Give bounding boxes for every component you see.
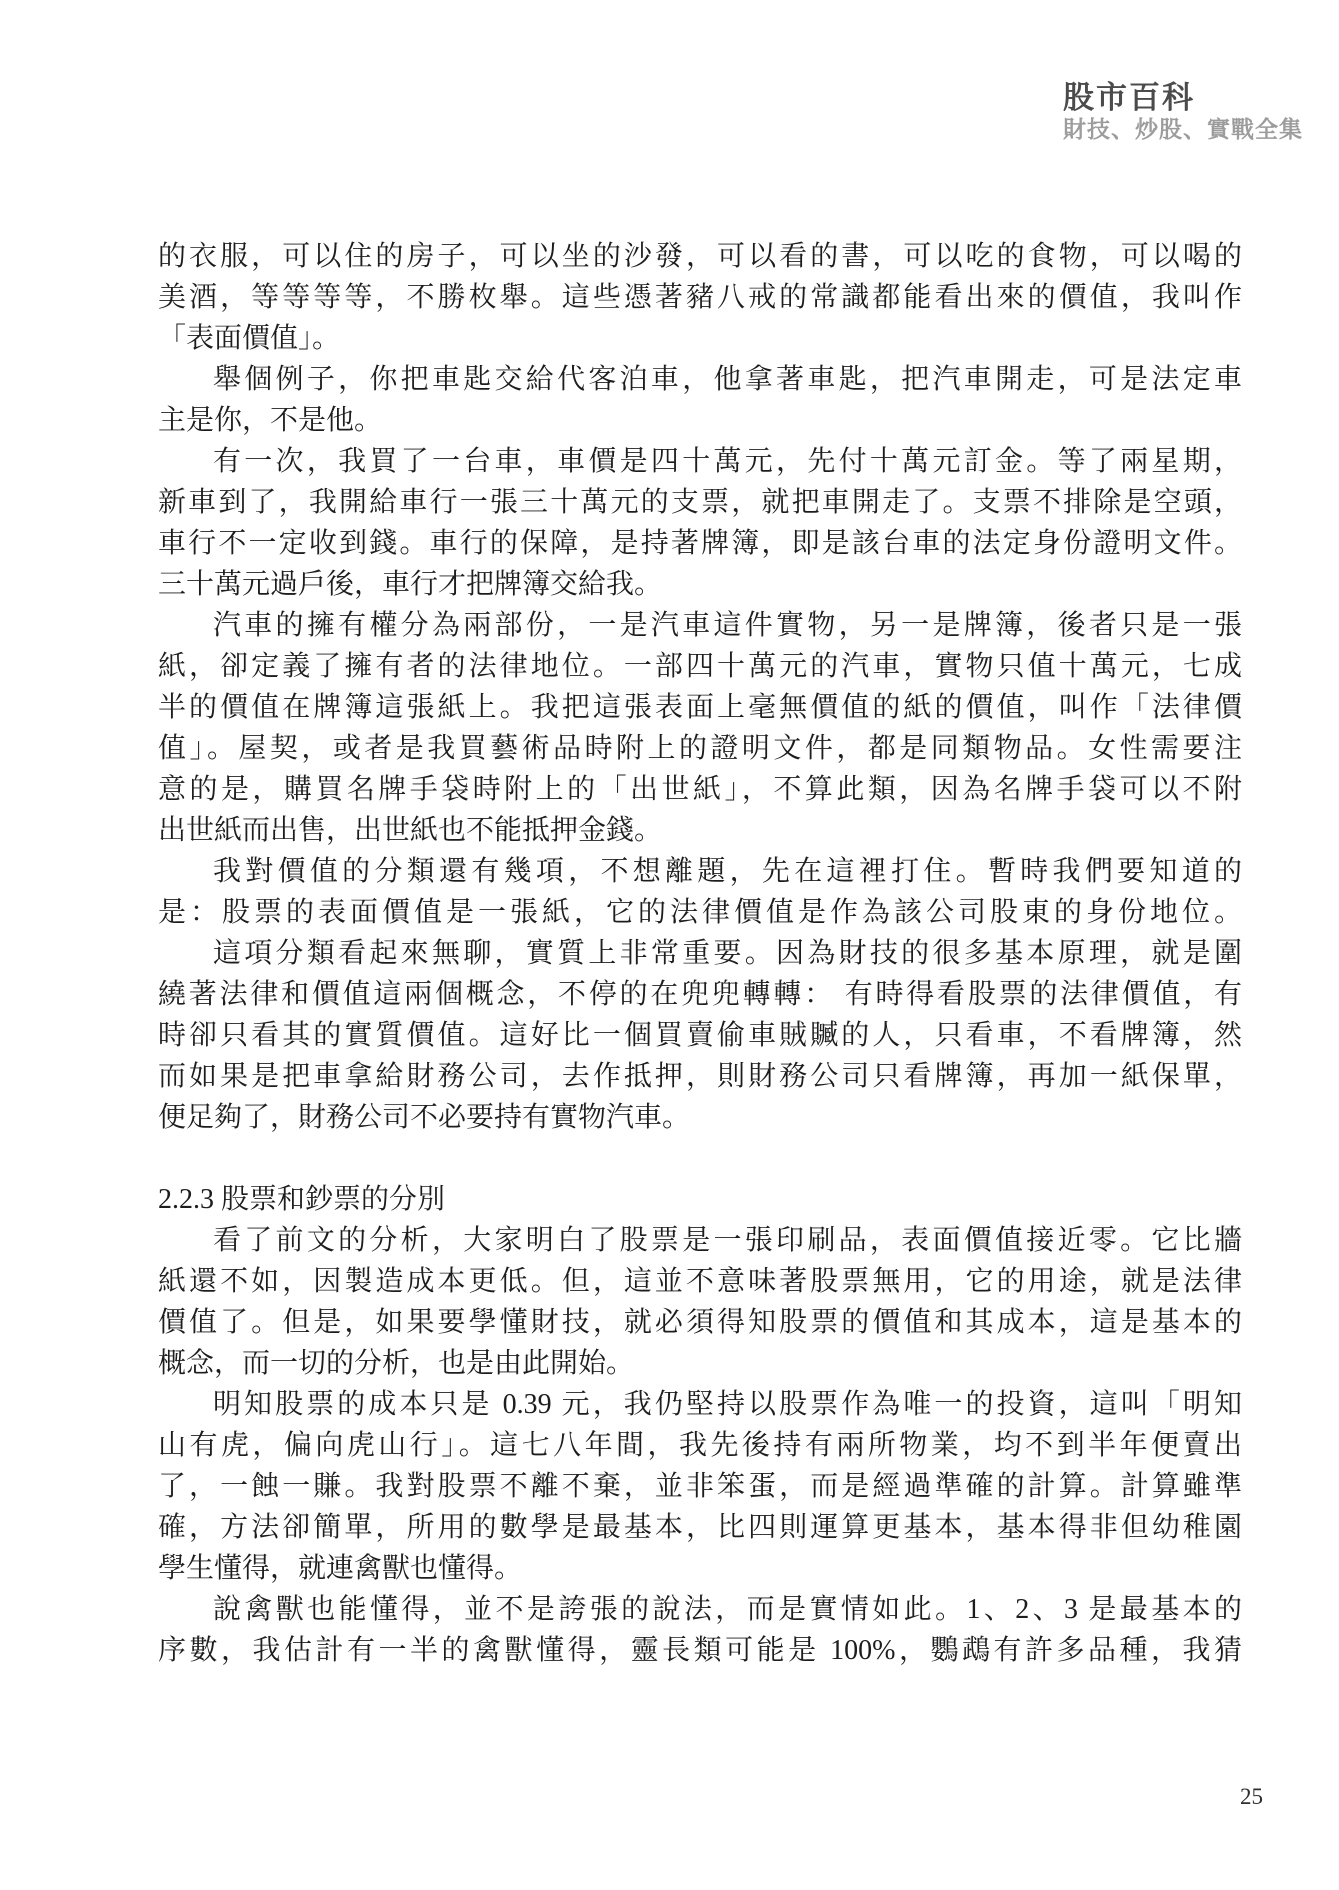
text-line: 概念，而一切的分析，也是由此開始。 <box>158 1343 1242 1384</box>
text-line: 學生懂得，就連禽獸也懂得。 <box>158 1548 1242 1589</box>
text-line: 而如果是把車拿給財務公司，去作抵押，則財務公司只看牌簿，再加一紙保單， <box>158 1056 1242 1097</box>
text-line: 這項分類看起來無聊，實質上非常重要。因為財技的很多基本原理，就是圍 <box>158 933 1242 974</box>
book-title: 股市百科 <box>1063 82 1303 113</box>
body-text: 的衣服，可以住的房子，可以坐的沙發，可以看的書，可以吃的食物，可以喝的美酒，等等… <box>158 236 1242 1671</box>
text-line: 主是你，不是他。 <box>158 400 1242 441</box>
text-line: 值」。屋契，或者是我買藝術品時附上的證明文件，都是同類物品。女性需要注 <box>158 728 1242 769</box>
text-line: 三十萬元過戶後，車行才把牌簿交給我。 <box>158 564 1242 605</box>
text-line: 序數，我估計有一半的禽獸懂得，靈長類可能是 100%，鸚鵡有許多品種，我猜 <box>158 1630 1242 1671</box>
text-line: 半的價值在牌簿這張紙上。我把這張表面上毫無價值的紙的價值，叫作「法律價 <box>158 687 1242 728</box>
text-line: 「表面價值」。 <box>158 318 1242 359</box>
text-line: 確，方法卻簡單，所用的數學是最基本，比四則運算更基本，基本得非但幼稚園 <box>158 1507 1242 1548</box>
text-line: 了，一蝕一賺。我對股票不離不棄，並非笨蛋，而是經過準確的計算。計算雖準 <box>158 1466 1242 1507</box>
text-line: 價值了。但是，如果要學懂財技，就必須得知股票的價值和其成本，這是基本的 <box>158 1302 1242 1343</box>
text-line: 汽車的擁有權分為兩部份，一是汽車這件實物，另一是牌簿，後者只是一張 <box>158 605 1242 646</box>
text-line: 意的是，購買名牌手袋時附上的「出世紙」，不算此類，因為名牌手袋可以不附 <box>158 769 1242 810</box>
section-heading: 2.2.3 股票和鈔票的分別 <box>158 1179 1242 1220</box>
text-line: 車行不一定收到錢。車行的保障，是持著牌簿，即是該台車的法定身份證明文件。 <box>158 523 1242 564</box>
book-subtitle: 財技、炒股、實戰全集 <box>1063 118 1303 141</box>
text-line: 紙，卻定義了擁有者的法律地位。一部四十萬元的汽車，實物只值十萬元，七成 <box>158 646 1242 687</box>
text-line: 美酒，等等等等，不勝枚舉。這些憑著豬八戒的常識都能看出來的價值，我叫作 <box>158 277 1242 318</box>
text-line: 紙還不如，因製造成本更低。但，這並不意味著股票無用，它的用途，就是法律 <box>158 1261 1242 1302</box>
text-line: 看了前文的分析，大家明白了股票是一張印刷品，表面價值接近零。它比牆 <box>158 1220 1242 1261</box>
text-line: 便足夠了，財務公司不必要持有實物汽車。 <box>158 1097 1242 1138</box>
text-line: 說禽獸也能懂得，並不是誇張的說法，而是實情如此。1、2、3 是最基本的 <box>158 1589 1242 1630</box>
text-line: 時卻只看其的實質價值。這好比一個買賣偷車賊贓的人，只看車，不看牌簿，然 <box>158 1015 1242 1056</box>
text-line: 有一次，我買了一台車，車價是四十萬元，先付十萬元訂金。等了兩星期， <box>158 441 1242 482</box>
text-line: 是：股票的表面價值是一張紙，它的法律價值是作為該公司股東的身份地位。 <box>158 892 1242 933</box>
text-line: 新車到了，我開給車行一張三十萬元的支票，就把車開走了。支票不排除是空頭， <box>158 482 1242 523</box>
page-header: 股市百科 財技、炒股、實戰全集 <box>1063 82 1303 141</box>
text-line: 繞著法律和價值這兩個概念，不停的在兜兜轉轉： 有時得看股票的法律價值，有 <box>158 974 1242 1015</box>
book-page: 股市百科 財技、炒股、實戰全集 的衣服，可以住的房子，可以坐的沙發，可以看的書，… <box>0 0 1339 1890</box>
page-number: 25 <box>1240 1784 1263 1810</box>
text-line: 我對價值的分類還有幾項，不想離題，先在這裡打住。暫時我們要知道的 <box>158 851 1242 892</box>
text-line: 山有虎，偏向虎山行」。這七八年間，我先後持有兩所物業，均不到半年便賣出 <box>158 1425 1242 1466</box>
text-line: 的衣服，可以住的房子，可以坐的沙發，可以看的書，可以吃的食物，可以喝的 <box>158 236 1242 277</box>
text-line: 舉個例子，你把車匙交給代客泊車，他拿著車匙，把汽車開走，可是法定車 <box>158 359 1242 400</box>
text-line: 出世紙而出售，出世紙也不能抵押金錢。 <box>158 810 1242 851</box>
text-line: 明知股票的成本只是 0.39 元，我仍堅持以股票作為唯一的投資，這叫「明知 <box>158 1384 1242 1425</box>
